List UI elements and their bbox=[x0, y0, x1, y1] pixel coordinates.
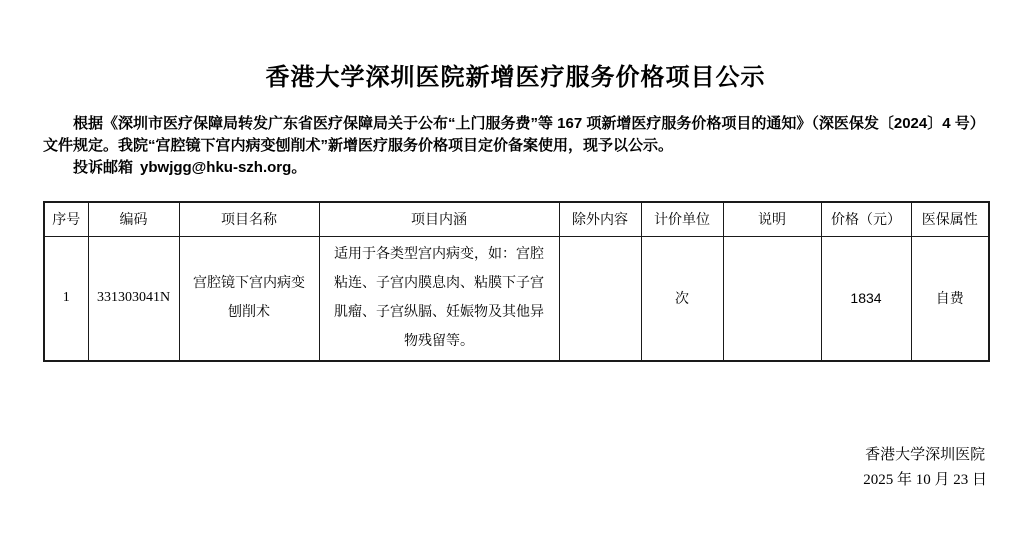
header-content: 项目内涵 bbox=[319, 202, 559, 236]
cell-unit: 次 bbox=[641, 236, 723, 361]
cell-note bbox=[723, 236, 821, 361]
document-title: 香港大学深圳医院新增医疗服务价格项目公示 bbox=[0, 57, 1031, 92]
header-code: 编码 bbox=[88, 202, 179, 236]
cell-seq: 1 bbox=[44, 236, 88, 361]
document-page: 香港大学深圳医院新增医疗服务价格项目公示 根据《深圳市医疗保障局转发广东省医疗保… bbox=[0, 0, 1031, 534]
footer-date: 2025 年 10 月 23 日 bbox=[863, 468, 987, 493]
table-row: 1 331303041N 宫腔镜下宫内病变刨削术 适用于各类型宫内病变，如：宫腔… bbox=[44, 236, 989, 361]
footer-signature: 香港大学深圳医院 bbox=[863, 443, 987, 468]
header-seq: 序号 bbox=[44, 202, 88, 236]
table-header-row: 序号 编码 项目名称 项目内涵 除外内容 计价单位 说明 价格（元） 医保属性 bbox=[44, 202, 989, 236]
header-note: 说明 bbox=[723, 202, 821, 236]
header-exclusion: 除外内容 bbox=[559, 202, 641, 236]
header-unit: 计价单位 bbox=[641, 202, 723, 236]
body-line-3: 投诉邮箱ybwjgg@hku-szh.org。 bbox=[43, 157, 990, 179]
cell-name: 宫腔镜下宫内病变刨削术 bbox=[179, 236, 319, 361]
header-insurance: 医保属性 bbox=[911, 202, 989, 236]
body-line-2: 文件规定。我院“宫腔镜下宫内病变刨削术”新增医疗服务价格项目定价备案使用，现予以… bbox=[43, 135, 990, 157]
body-line-1: 根据《深圳市医疗保障局转发广东省医疗保障局关于公布“上门服务费”等 167 项新… bbox=[43, 113, 990, 135]
cell-price: 1834 bbox=[821, 236, 911, 361]
cell-insurance: 自费 bbox=[911, 236, 989, 361]
document-footer: 香港大学深圳医院 2025 年 10 月 23 日 bbox=[863, 443, 987, 493]
cell-content: 适用于各类型宫内病变，如：宫腔粘连、子宫内膜息肉、粘膜下子宫肌瘤、子宫纵膈、妊娠… bbox=[319, 236, 559, 361]
cell-exclusion bbox=[559, 236, 641, 361]
body-paragraph: 根据《深圳市医疗保障局转发广东省医疗保障局关于公布“上门服务费”等 167 项新… bbox=[43, 113, 990, 179]
complaint-email-label: 投诉邮箱 bbox=[73, 159, 133, 176]
complaint-email-period: 。 bbox=[291, 159, 306, 176]
header-price: 价格（元） bbox=[821, 202, 911, 236]
header-name: 项目名称 bbox=[179, 202, 319, 236]
complaint-email: ybwjgg@hku-szh.org bbox=[140, 159, 291, 176]
cell-code: 331303041N bbox=[88, 236, 179, 361]
price-table: 序号 编码 项目名称 项目内涵 除外内容 计价单位 说明 价格（元） 医保属性 … bbox=[43, 201, 990, 362]
